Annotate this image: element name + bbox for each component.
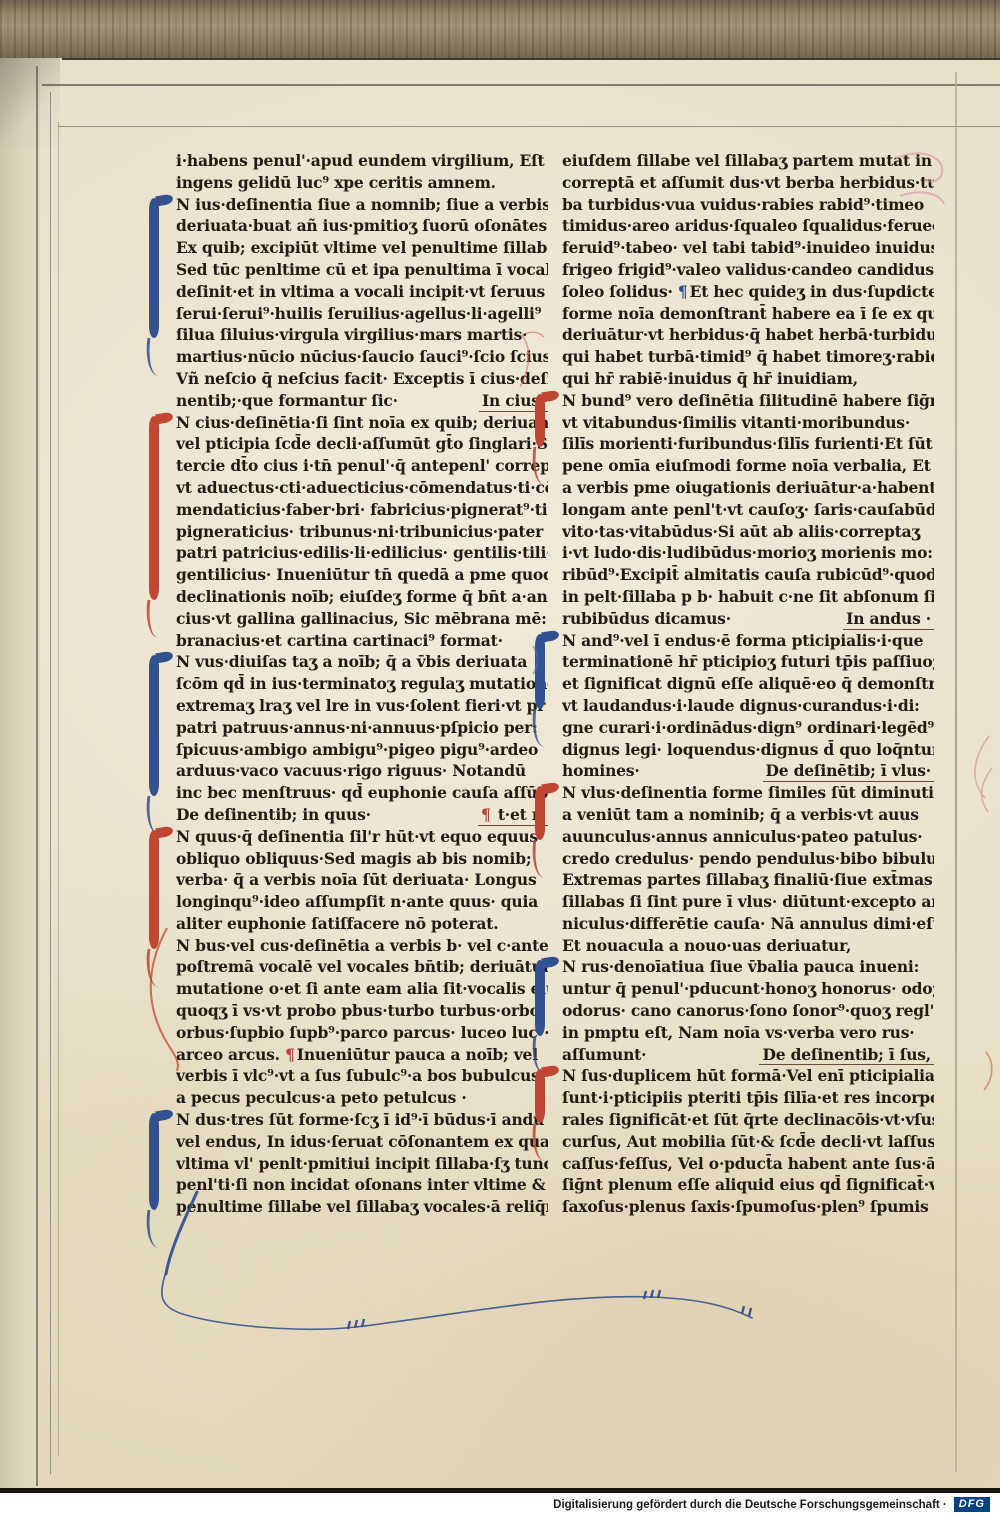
text-line: inc bec menſtruus· qd̄ euphonie cauſa aſ… <box>176 782 548 804</box>
digitization-footer: Digitalisierung gefördert durch die Deut… <box>0 1493 1000 1516</box>
text-line: i·habens penul'·apud eundem virgilium, E… <box>176 150 548 172</box>
text-line: Vñ neſcio q̄ neſcius facit· Exceptis ī c… <box>176 368 548 390</box>
text-line: vel endus, In idus·ſeruat cōſonantem ex … <box>176 1131 548 1153</box>
text-block: N cius·deſinētia·ſi ſint noīa ex quib; d… <box>176 412 548 652</box>
text-block: N bus·vel cus·deſinētia a verbis b· vel … <box>176 935 548 1109</box>
page-edge-line <box>58 122 59 1456</box>
text-block: eiuſdem ſillabe vel ſillabaʒ partem muta… <box>562 150 934 390</box>
text-block: N dus·tres ſūt forme·ſcʒ ī id⁹·ī būdus·ī… <box>176 1109 548 1218</box>
line-text: branacius·et cartina cartinaci⁹ format· <box>176 630 503 652</box>
text-line: ſilua ſiluius·virgula virgilius·mars mar… <box>176 324 548 346</box>
text-line: patri patricius·edilis·li·edilicius· gen… <box>176 542 548 564</box>
line-text: vt vitabundus·ſimilis vitanti·moribundus… <box>562 412 910 434</box>
text-line: feruid⁹·tabeo· vel tabi tabid⁹·inuideo i… <box>562 237 934 259</box>
text-line: ba turbidus·vua vuidus·rabies rabid⁹·tim… <box>562 194 934 216</box>
text-line: ſpicuus·ambigo ambigu⁹·pigeo pigu⁹·ardeo <box>176 739 548 761</box>
book-top-edge <box>0 0 1000 58</box>
line-text: in pelt·ſillaba p b· habuit c·ne ſit abſ… <box>562 586 934 608</box>
text-line: arceo arcus. ¶Inueniūtur pauca a noīb; v… <box>176 1044 548 1066</box>
text-line: deriuātur·vt herbidus·q̄ habet herbā·tur… <box>562 324 934 346</box>
line-text: patri patruus·annus·ni·annuus·pſpicio pe… <box>176 717 538 739</box>
line-text: N ius·deſinentia ſiue a nomnib; ſiue a v… <box>176 194 548 216</box>
line-text: vt laudandus·i·laude dignus·curandus·i·d… <box>562 695 920 717</box>
page-fold-line <box>955 72 957 1472</box>
line-text: penultime ſillabe vel ſillabaʒ vocales·ā… <box>176 1196 548 1218</box>
line-text: forme noīa demonſtrant̄ habere ea ī ſe e… <box>562 303 934 325</box>
text-block: i·habens penul'·apud eundem virgilium, E… <box>176 150 548 194</box>
line-text: quoqʒ ī vs·vt probo pbus·turbo turbus·or… <box>176 1000 540 1022</box>
text-line: ſiḡnt plenum eſſe aliquid eius qd̄ ſigni… <box>562 1174 934 1196</box>
text-line: dignus legi· loquendus·dignus d̄ quo loq… <box>562 739 934 761</box>
text-line: correptā et aſſumit dus·vt berba herbidu… <box>562 172 934 194</box>
text-line: N ius·deſinentia ſiue a nomnib; ſiue a v… <box>176 194 548 216</box>
inline-heading: In andus · <box>843 608 934 630</box>
illuminated-initial-I <box>535 960 545 1035</box>
line-text: ingens gelidū luc⁹ xpe ceritis amnem. <box>176 172 496 194</box>
text-line: credo credulus· pendo pendulus·bibo bibu… <box>562 848 934 870</box>
line-text: feruid⁹·tabeo· vel tabi tabid⁹·inuideo i… <box>562 237 934 259</box>
line-text: eiuſdem ſillabe vel ſillabaʒ partem muta… <box>562 150 934 172</box>
text-block: N rus·denoīatiua ſiue v̄balia pauca inue… <box>562 956 934 1065</box>
line-text: ſunt·i·pticipiis pteriti tp̄is ſilīa·et … <box>562 1087 934 1109</box>
text-line: terminationē hr̄ pticipioʒ futuri tp̄is … <box>562 651 934 673</box>
footer-credit-text: Digitalisierung gefördert durch die Deut… <box>553 1499 947 1511</box>
corner-shadow <box>0 58 60 148</box>
text-line: verba· q̄ a verbis noīa ſūt deriuata· Lo… <box>176 869 548 891</box>
line-text: i·vt ludo·dis·ludibūdus·morioʒ morienis … <box>562 542 933 564</box>
text-line: vel pticipia ſcd̄e decli·aſſumūt gt̄o ſi… <box>176 433 548 455</box>
line-text: arceo arcus. ¶Inueniūtur pauca a noīb; v… <box>176 1044 538 1066</box>
line-text: longinqu⁹·ideo aſſumpſit n·ante quus· qu… <box>176 891 538 913</box>
line-text: gentilicius· Inueniūtur tn̄ quedā a pme … <box>176 564 548 586</box>
text-line: caſſus·feſſus, Vel o·pduct̄a habent ante… <box>562 1153 934 1175</box>
line-text: vito·tas·vitabūdus·Si aūt ab aliis·corre… <box>562 521 920 543</box>
text-line: penl'ti·ſi non incidat oſonans inter vlt… <box>176 1174 548 1196</box>
line-text: N quus·q̄ deſinentia ſil'r hūt·vt equo e… <box>176 826 543 848</box>
line-text: rubibūdus dicamus· <box>562 608 731 630</box>
page-edge-line <box>58 126 1000 127</box>
text-line: ſillabas ſi ſint pure ī vlus· diūtunt·ex… <box>562 891 934 913</box>
line-text: caſſus·feſſus, Vel o·pduct̄a habent ante… <box>562 1153 934 1175</box>
line-text: martius·nūcio nūcius·ſaucio ſauci⁹·ſcio … <box>176 346 548 368</box>
text-line: pigneraticius· tribunus·ni·tribunicius·p… <box>176 521 548 543</box>
line-text: a pecus peculcus·a peto petulcus · <box>176 1087 467 1109</box>
line-text: N and⁹·vel ī endus·ē forma pticipialis·i… <box>562 630 923 652</box>
line-text: extremaʒ lraʒ vel lre in vus·ſolent fier… <box>176 695 545 717</box>
text-line: ſcōm qd̄ in ius·terminatoʒ regulaʒ mutat… <box>176 673 548 695</box>
line-text: deriuata·buat añ ius·pmitioʒ ſuorū oſonā… <box>176 215 547 237</box>
illuminated-initial-I <box>149 198 159 339</box>
line-text: ſerui·ſerui⁹·huilis ſeruilius·agellus·li… <box>176 303 541 325</box>
text-line: vltima vl' penlt·pmitiui incipit ſillaba… <box>176 1153 548 1175</box>
text-line: odorus· cano canorus·ſono ſonor⁹·quoʒ re… <box>562 1000 934 1022</box>
line-text: orbus·ſupbio ſupb⁹·parco parcus· luceo l… <box>176 1022 548 1044</box>
text-line: deriuata·buat añ ius·pmitioʒ ſuorū oſonā… <box>176 215 548 237</box>
line-text: pene omīa eiuſmodi forme noīa verbalia, … <box>562 455 934 477</box>
text-line: patri patruus·annus·ni·annuus·pſpicio pe… <box>176 717 548 739</box>
line-text: mutatione o·et ſi ante eam alia ſit·voca… <box>176 978 548 1000</box>
text-line: curſus, Aut mobilia ſūt·& ſcd̄e decli·vt… <box>562 1131 934 1153</box>
text-line: De deſinentib; in quus·¶ t·et r· <box>176 804 548 826</box>
line-text: aliter euphonie ſatiſfacere nō poterat. <box>176 913 498 935</box>
line-text: homines· <box>562 760 640 782</box>
illuminated-initial-I <box>149 416 159 600</box>
text-block: N vlus·deſinentia forme ſimiles ſūt dimi… <box>562 782 934 956</box>
text-line: Ex quib; excipiūt vltime vel penultime ſ… <box>176 237 548 259</box>
text-line: N dus·tres ſūt forme·ſcʒ ī id⁹·ī būdus·ī… <box>176 1109 548 1131</box>
inline-heading: De deſinētib; ī vlus· <box>763 760 934 782</box>
line-text: qui habet turbā·timid⁹ q̄ habet timoreʒ·… <box>562 346 934 368</box>
text-line: orbus·ſupbio ſupb⁹·parco parcus· luceo l… <box>176 1022 548 1044</box>
text-line: ſaxoſus·plenus ſaxis·ſpumoſus·plen⁹ ſpum… <box>562 1196 934 1218</box>
text-block: N ſus·duplicem hūt formā·Vel enī pticipi… <box>562 1065 934 1218</box>
line-text: vltima vl' penlt·pmitiui incipit ſillaba… <box>176 1153 548 1175</box>
line-text: ſiḡnt plenum eſſe aliquid eius qd̄ ſigni… <box>562 1174 934 1196</box>
line-text: Vñ neſcio q̄ neſcius facit· Exceptis ī c… <box>176 368 548 390</box>
text-line: penultime ſillabe vel ſillabaʒ vocales·ā… <box>176 1196 548 1218</box>
line-text: verba· q̄ a verbis noīa ſūt deriuata· Lo… <box>176 869 537 891</box>
text-line: ſilīs morienti·furibundus·ſilīs furienti… <box>562 433 934 455</box>
text-line: mendaticius·faber·bri· fabricius·pignera… <box>176 499 548 521</box>
line-text: in pmptu eſt, Nam noīa vs·verba vero rus… <box>562 1022 914 1044</box>
line-text: cius·vt gallina gallinacius, Sic mēbrana… <box>176 608 547 630</box>
line-text: ſilīs morienti·furibundus·ſilīs furienti… <box>562 433 933 455</box>
line-text: deſinit·et in vltima a vocali incipit·vt… <box>176 281 545 303</box>
pilcrow-red: ¶ <box>285 1045 295 1064</box>
page-edge-line <box>36 66 38 1486</box>
text-block: N ius·deſinentia ſiue a nomnib; ſiue a v… <box>176 194 548 412</box>
illuminated-initial-I <box>149 830 159 949</box>
line-text: Extremas partes ſillabaʒ finaliū·ſiue ex… <box>562 869 932 891</box>
line-text: vel pticipia ſcd̄e decli·aſſumūt gt̄o ſi… <box>176 433 548 455</box>
line-text: et ſignificat dignū eſſe aliquē·eo q̄ de… <box>562 673 934 695</box>
text-line: mutatione o·et ſi ante eam alia ſit·voca… <box>176 978 548 1000</box>
illuminated-initial-I <box>149 655 159 796</box>
text-line: in pelt·ſillaba p b· habuit c·ne ſit abſ… <box>562 586 934 608</box>
line-text: ſpicuus·ambigo ambigu⁹·pigeo pigu⁹·ardeo <box>176 739 538 761</box>
text-line: ſunt·i·pticipiis pteriti tp̄is ſilīa·et … <box>562 1087 934 1109</box>
line-text: longam ante penl't·vt cauſoʒ· ſaris·cauſ… <box>562 499 934 521</box>
text-block: N quus·q̄ deſinentia ſil'r hūt·vt equo e… <box>176 826 548 935</box>
page-edge-line <box>42 84 1000 86</box>
text-line: branacius·et cartina cartinaci⁹ format· <box>176 630 548 652</box>
illuminated-initial-I <box>149 1113 159 1210</box>
text-line: qui habet turbā·timid⁹ q̄ habet timoreʒ·… <box>562 346 934 368</box>
line-text: poſtremā vocalē vel vocales bn̄tib; deri… <box>176 956 548 978</box>
text-line: i·vt ludo·dis·ludibūdus·morioʒ morienis … <box>562 542 934 564</box>
text-line: ſerui·ſerui⁹·huilis ſeruilius·agellus·li… <box>176 303 548 325</box>
line-text: Sed tūc penltime cū et ipa penultima ī v… <box>176 259 548 281</box>
line-text: arduus·vaco vacuus·rigo riguus· Notandū <box>176 760 526 782</box>
line-text: patri patricius·edilis·li·edilicius· gen… <box>176 542 548 564</box>
text-line: quoqʒ ī vs·vt probo pbus·turbo turbus·or… <box>176 1000 548 1022</box>
dfg-logo: DFG <box>954 1497 990 1512</box>
text-line: rales ſignificāt·et ſūt q̄rte declinacōi… <box>562 1109 934 1131</box>
line-text: deriuātur·vt herbidus·q̄ habet herbā·tur… <box>562 324 934 346</box>
line-text: N bund⁹ vero deſinētia ſilitudinē habere… <box>562 390 934 412</box>
line-text: vel endus, In idus·ſeruat cōſonantem ex … <box>176 1131 548 1153</box>
text-line: a veniūt tam a nominib; q̄ a verbis·vt a… <box>562 804 934 826</box>
manuscript-column-left: i·habens penul'·apud eundem virgilium, E… <box>176 150 548 1218</box>
text-line: frigeo frigid⁹·valeo validus·candeo cand… <box>562 259 934 281</box>
text-line: homines·De deſinētib; ī vlus· <box>562 760 934 782</box>
line-text: timidus·areo aridus·ſqualeo ſqualidus·fe… <box>562 215 934 237</box>
line-text: curſus, Aut mobilia ſūt·& ſcd̄e decli·vt… <box>562 1131 934 1153</box>
line-text: N cius·deſinētia·ſi ſint noīa ex quib; d… <box>176 412 548 434</box>
text-line: forme noīa demonſtrant̄ habere ea ī ſe e… <box>562 303 934 325</box>
manuscript-column-right: eiuſdem ſillabe vel ſillabaʒ partem muta… <box>562 150 934 1218</box>
line-text: penl'ti·ſi non incidat oſonans inter vlt… <box>176 1174 546 1196</box>
line-text: dignus legi· loquendus·dignus d̄ quo loq… <box>562 739 934 761</box>
text-line: ſoleo ſolidus· ¶Et hec quideʒ in dus·ſup… <box>562 281 934 303</box>
text-line: nentib;·que formantur ſic·In cius· <box>176 390 548 412</box>
line-text: credo credulus· pendo pendulus·bibo bibu… <box>562 848 934 870</box>
line-text: ba turbidus·vua vuidus·rabies rabid⁹·tim… <box>562 194 924 216</box>
line-text: verbis ī vlc⁹·vt a ſus ſubulc⁹·a bos bub… <box>176 1065 540 1087</box>
line-text: N bus·vel cus·deſinētia a verbis b· vel … <box>176 935 548 957</box>
text-line: vt vitabundus·ſimilis vitanti·moribundus… <box>562 412 934 434</box>
text-line: niculus·differētie cauſa· Nā annulus dim… <box>562 913 934 935</box>
text-line: a verbis pme oiugationis deriuātur·a·hab… <box>562 477 934 499</box>
text-line: tercie dt̄o cius i·tn̄ penul'·q̄ antepen… <box>176 455 548 477</box>
illuminated-initial-I <box>535 394 545 447</box>
line-text: N rus·denoīatiua ſiue v̄balia pauca inue… <box>562 956 919 978</box>
line-text: frigeo frigid⁹·valeo validus·candeo cand… <box>562 259 934 281</box>
line-text: N ſus·duplicem hūt formā·Vel enī pticipi… <box>562 1065 934 1087</box>
text-line: pene omīa eiuſmodi forme noīa verbalia, … <box>562 455 934 477</box>
text-line: et ſignificat dignū eſſe aliquē·eo q̄ de… <box>562 673 934 695</box>
line-text: qui hr̄ rabiē·inuidus q̄ hr̄ inuidiam, <box>562 368 858 390</box>
text-line: rubibūdus dicamus·In andus · <box>562 608 934 630</box>
line-text: ſoleo ſolidus· ¶Et hec quideʒ in dus·ſup… <box>562 281 934 303</box>
inline-heading: De deſinentib; ī ſus, <box>759 1044 934 1066</box>
text-block: N vus·diuiſas taʒ a noīb; q̄ a v̄bis der… <box>176 651 548 825</box>
line-text: niculus·differētie cauſa· Nā annulus dim… <box>562 913 934 935</box>
line-text: auunculus·annus anniculus·pateo patulus· <box>562 826 923 848</box>
pilcrow-red: ¶ <box>481 805 491 824</box>
text-line: gentilicius· Inueniūtur tn̄ quedā a pme … <box>176 564 548 586</box>
text-line: longinqu⁹·ideo aſſumpſit n·ante quus· qu… <box>176 891 548 913</box>
line-text: vt aduectus·cti·aduecticius·cōmendatus·t… <box>176 477 548 499</box>
line-text: ſilua ſiluius·virgula virgilius·mars mar… <box>176 324 527 346</box>
line-text: pigneraticius· tribunus·ni·tribunicius·p… <box>176 521 543 543</box>
text-line: N and⁹·vel ī endus·ē forma pticipialis·i… <box>562 630 934 652</box>
pilcrow-blue: ¶ <box>678 282 688 301</box>
text-line: ingens gelidū luc⁹ xpe ceritis amnem. <box>176 172 548 194</box>
line-text: untur q̄ penul'·pducunt·honoʒ honorus· o… <box>562 978 934 1000</box>
line-text: obliquo obliquus·Sed magis ab bis nomib; <box>176 848 531 870</box>
line-text: a verbis pme oiugationis deriuātur·a·hab… <box>562 477 934 499</box>
text-line: N vus·diuiſas taʒ a noīb; q̄ a v̄bis der… <box>176 651 548 673</box>
text-line: untur q̄ penul'·pducunt·honoʒ honorus· o… <box>562 978 934 1000</box>
page-edge-line <box>50 92 51 1474</box>
line-text: N vus·diuiſas taʒ a noīb; q̄ a v̄bis der… <box>176 651 527 673</box>
line-text: mendaticius·faber·bri· fabricius·pignera… <box>176 499 548 521</box>
text-line: qui hr̄ rabiē·inuidus q̄ hr̄ inuidiam, <box>562 368 934 390</box>
line-text: De deſinentib; in quus· <box>176 804 371 826</box>
line-text: Et nouacula a nouo·uas deriuatur, <box>562 935 851 957</box>
text-line: N ſus·duplicem hūt formā·Vel enī pticipi… <box>562 1065 934 1087</box>
text-block: N bund⁹ vero deſinētia ſilitudinē habere… <box>562 390 934 630</box>
illuminated-initial-I <box>535 1069 545 1122</box>
line-text: aſſumunt· <box>562 1044 646 1066</box>
line-text: gne curari·i·ordinādus·dign⁹ ordinari·le… <box>562 717 934 739</box>
line-text: nentib;·que formantur ſic· <box>176 390 398 412</box>
text-line: Extremas partes ſillabaʒ finaliū·ſiue ex… <box>562 869 934 891</box>
line-text: rales ſignificāt·et ſūt q̄rte declinacōi… <box>562 1109 934 1131</box>
text-line: verbis ī vlc⁹·vt a ſus ſubulc⁹·a bos bub… <box>176 1065 548 1087</box>
text-line: declinationis noīb; eiuſdeʒ forme q̄ bn̄… <box>176 586 548 608</box>
illuminated-initial-I <box>535 634 545 709</box>
text-line: N vlus·deſinentia forme ſimiles ſūt dimi… <box>562 782 934 804</box>
text-line: deſinit·et in vltima a vocali incipit·vt… <box>176 281 548 303</box>
text-line: arduus·vaco vacuus·rigo riguus· Notandū <box>176 760 548 782</box>
text-line: vt aduectus·cti·aduecticius·cōmendatus·t… <box>176 477 548 499</box>
text-line: auunculus·annus anniculus·pateo patulus· <box>562 826 934 848</box>
text-line: in pmptu eſt, Nam noīa vs·verba vero rus… <box>562 1022 934 1044</box>
text-line: N rus·denoīatiua ſiue v̄balia pauca inue… <box>562 956 934 978</box>
line-text: ſillabas ſi ſint pure ī vlus· diūtunt·ex… <box>562 891 934 913</box>
line-text: tercie dt̄o cius i·tn̄ penul'·q̄ antepen… <box>176 455 548 477</box>
text-line: N bus·vel cus·deſinētia a verbis b· vel … <box>176 935 548 957</box>
text-line: aſſumunt·De deſinentib; ī ſus, <box>562 1044 934 1066</box>
text-line: timidus·areo aridus·ſqualeo ſqualidus·fe… <box>562 215 934 237</box>
text-line: obliquo obliquus·Sed magis ab bis nomib; <box>176 848 548 870</box>
line-text: Ex quib; excipiūt vltime vel penultime ſ… <box>176 237 548 259</box>
text-line: aliter euphonie ſatiſfacere nō poterat. <box>176 913 548 935</box>
text-line: extremaʒ lraʒ vel lre in vus·ſolent fier… <box>176 695 548 717</box>
text-line: N bund⁹ vero deſinētia ſilitudinē habere… <box>562 390 934 412</box>
line-text: declinationis noīb; eiuſdeʒ forme q̄ bn̄… <box>176 586 548 608</box>
line-text: N dus·tres ſūt forme·ſcʒ ī id⁹·ī būdus·ī… <box>176 1109 544 1131</box>
illuminated-initial-I <box>535 786 545 839</box>
text-line: N cius·deſinētia·ſi ſint noīa ex quib; d… <box>176 412 548 434</box>
text-block: N and⁹·vel ī endus·ē forma pticipialis·i… <box>562 630 934 783</box>
line-text: i·habens penul'·apud eundem virgilium, E… <box>176 150 545 172</box>
line-text: inc bec menſtruus· qd̄ euphonie cauſa aſ… <box>176 782 548 804</box>
line-text: ſaxoſus·plenus ſaxis·ſpumoſus·plen⁹ ſpum… <box>562 1196 929 1218</box>
text-line: vt laudandus·i·laude dignus·curandus·i·d… <box>562 695 934 717</box>
text-line: gne curari·i·ordinādus·dign⁹ ordinari·le… <box>562 717 934 739</box>
line-text: a veniūt tam a nominib; q̄ a verbis·vt a… <box>562 804 919 826</box>
text-line: martius·nūcio nūcius·ſaucio ſauci⁹·ſcio … <box>176 346 548 368</box>
text-line: ribūd⁹·Excipit̄ almitatis cauſa rubicūd⁹… <box>562 564 934 586</box>
line-text: N vlus·deſinentia forme ſimiles ſūt dimi… <box>562 782 934 804</box>
line-text: terminationē hr̄ pticipioʒ futuri tp̄is … <box>562 651 934 673</box>
text-line: Sed tūc penltime cū et ipa penultima ī v… <box>176 259 548 281</box>
text-line: a pecus peculcus·a peto petulcus · <box>176 1087 548 1109</box>
text-line: eiuſdem ſillabe vel ſillabaʒ partem muta… <box>562 150 934 172</box>
text-line: cius·vt gallina gallinacius, Sic mēbrana… <box>176 608 548 630</box>
text-line: vito·tas·vitabūdus·Si aūt ab aliis·corre… <box>562 521 934 543</box>
line-text: correptā et aſſumit dus·vt berba herbidu… <box>562 172 934 194</box>
text-line: poſtremā vocalē vel vocales bn̄tib; deri… <box>176 956 548 978</box>
text-line: longam ante penl't·vt cauſoʒ· ſaris·cauſ… <box>562 499 934 521</box>
line-text: ſcōm qd̄ in ius·terminatoʒ regulaʒ mutat… <box>176 673 548 695</box>
line-text: ribūd⁹·Excipit̄ almitatis cauſa rubicūd⁹… <box>562 564 934 586</box>
line-text: odorus· cano canorus·ſono ſonor⁹·quoʒ re… <box>562 1000 934 1022</box>
text-line: N quus·q̄ deſinentia ſil'r hūt·vt equo e… <box>176 826 548 848</box>
text-line: Et nouacula a nouo·uas deriuatur, <box>562 935 934 957</box>
